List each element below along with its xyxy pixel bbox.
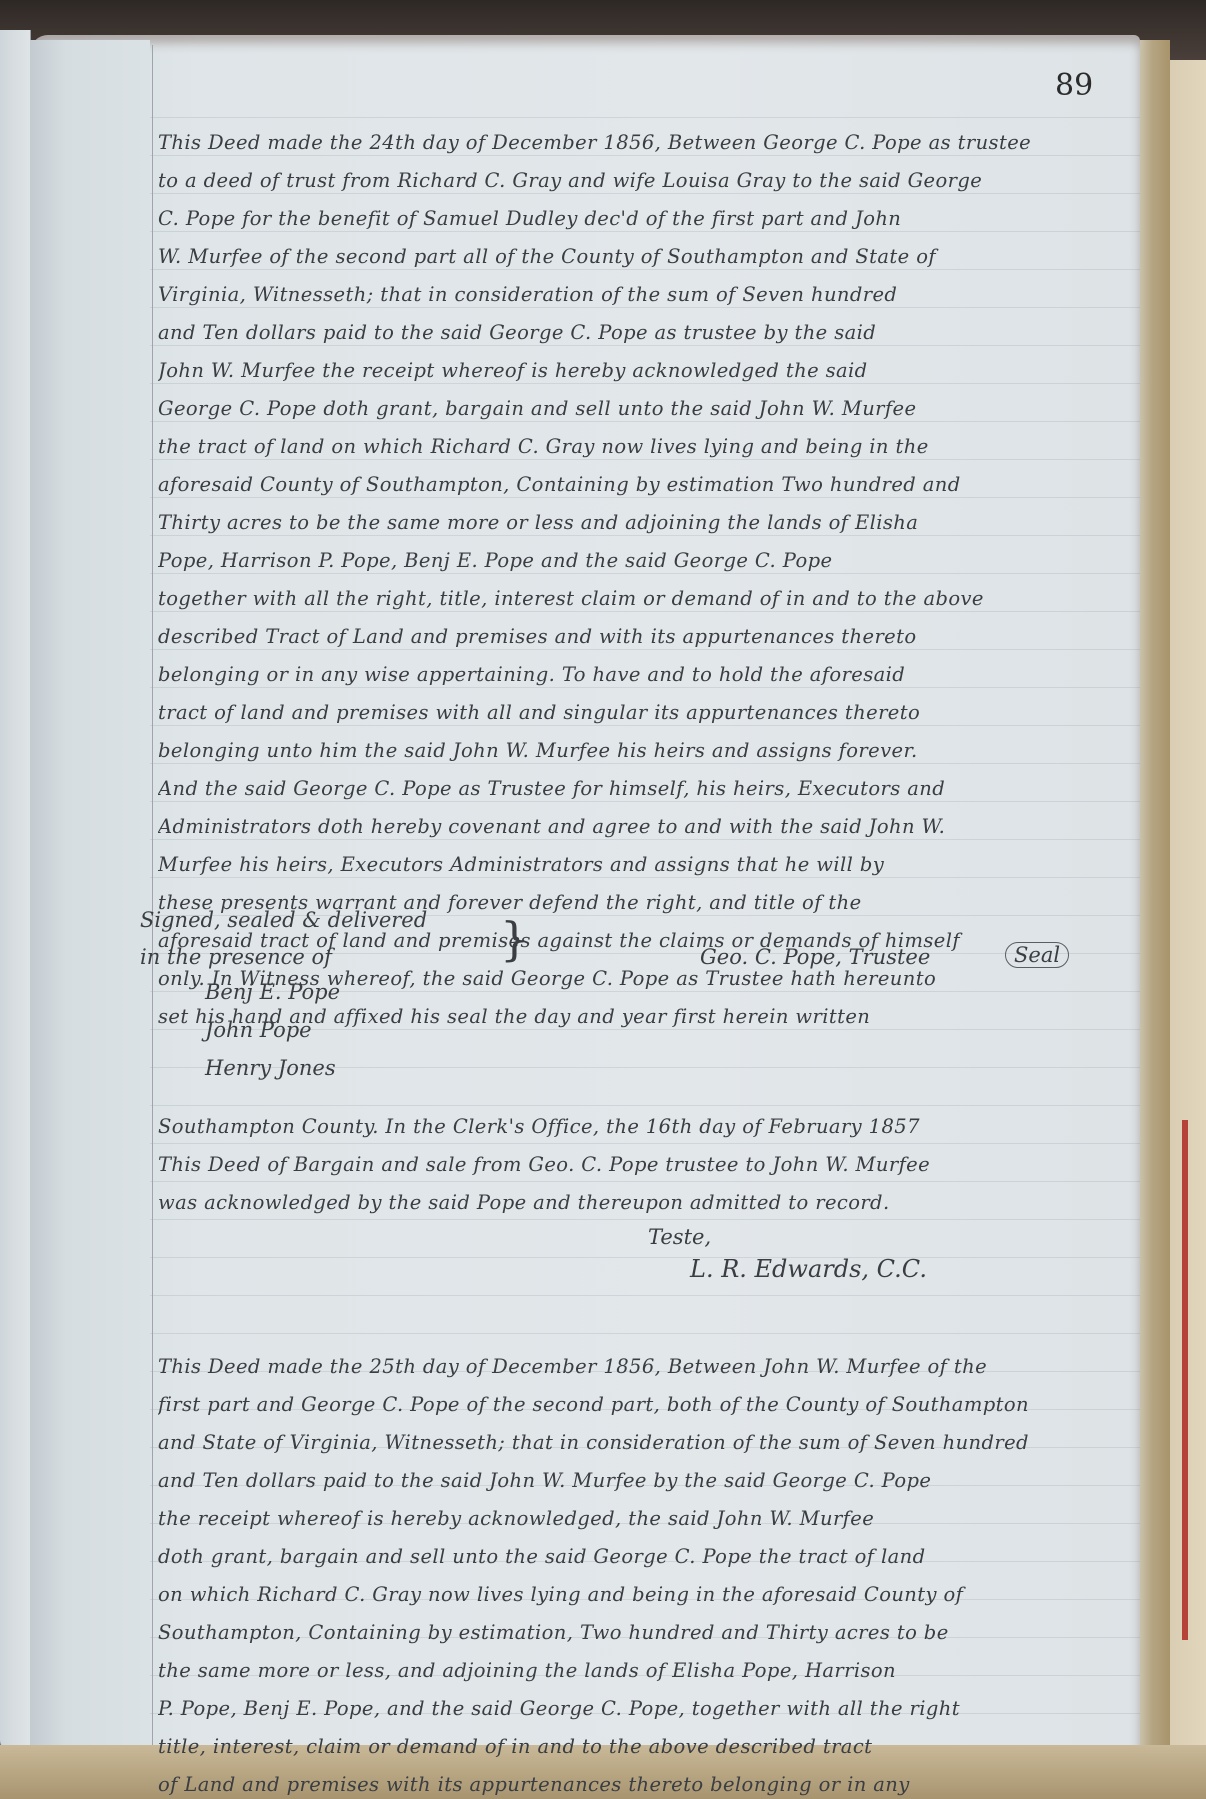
deed-line: aforesaid County of Southampton, Contain…: [158, 466, 1148, 504]
deed-line: belonging or in any wise appertaining. T…: [158, 656, 1148, 694]
presence-label: in the presence of: [140, 945, 332, 969]
deed-line: described Tract of Land and premises and…: [158, 618, 1148, 656]
deed-line: Thirty acres to be the same more or less…: [158, 504, 1148, 542]
red-binding-strip: [1182, 1120, 1188, 1640]
deed-line: the tract of land on which Richard C. Gr…: [158, 428, 1148, 466]
deed-line: of Land and premises with its appurtenan…: [158, 1766, 1148, 1799]
deed-line: the same more or less, and adjoining the…: [158, 1652, 1148, 1690]
trustee-signature: Geo. C. Pope, Trustee: [700, 945, 930, 969]
deed-line: Virginia, Witnesseth; that in considerat…: [158, 276, 1148, 314]
deed-line: P. Pope, Benj E. Pope, and the said Geor…: [158, 1690, 1148, 1728]
witness-name: Benj E. Pope: [205, 980, 340, 1004]
brace-icon: }: [500, 912, 529, 966]
deed-line: tract of land and premises with all and …: [158, 694, 1148, 732]
deed-1-body: This Deed made the 24th day of December …: [158, 124, 1148, 1036]
deed-line: And the said George C. Pope as Trustee f…: [158, 770, 1148, 808]
deed-line: first part and George C. Pope of the sec…: [158, 1386, 1148, 1424]
deed-line: Murfee his heirs, Executors Administrato…: [158, 846, 1148, 884]
margin-rule: [152, 45, 153, 1745]
deed-line: together with all the right, title, inte…: [158, 580, 1148, 618]
book-cover-edge: [1170, 60, 1206, 1750]
deed-line: title, interest, claim or demand of in a…: [158, 1728, 1148, 1766]
deed-line: This Deed made the 25th day of December …: [158, 1348, 1148, 1386]
deed-line: doth grant, bargain and sell unto the sa…: [158, 1538, 1148, 1576]
certificate-line: Southampton County. In the Clerk's Offic…: [158, 1108, 1148, 1146]
clerk-signature: L. R. Edwards, C.C.: [690, 1255, 927, 1283]
teste-label: Teste,: [648, 1225, 711, 1249]
deed-2-body: This Deed made the 25th day of December …: [158, 1348, 1148, 1799]
deed-line: and Ten dollars paid to the said George …: [158, 314, 1148, 352]
certificate-line: This Deed of Bargain and sale from Geo. …: [158, 1146, 1148, 1184]
deed-line: belonging unto him the said John W. Murf…: [158, 732, 1148, 770]
page-gutter: [30, 40, 150, 1750]
witness-name: John Pope: [205, 1018, 312, 1042]
witness-name: Henry Jones: [205, 1056, 336, 1080]
deed-line: Pope, Harrison P. Pope, Benj E. Pope and…: [158, 542, 1148, 580]
deed-line: George C. Pope doth grant, bargain and s…: [158, 390, 1148, 428]
deed-line: Administrators doth hereby covenant and …: [158, 808, 1148, 846]
deed-line: to a deed of trust from Richard C. Gray …: [158, 162, 1148, 200]
deed-line: C. Pope for the benefit of Samuel Dudley…: [158, 200, 1148, 238]
deed-line: on which Richard C. Gray now lives lying…: [158, 1576, 1148, 1614]
clerk-certificate: Southampton County. In the Clerk's Offic…: [158, 1108, 1148, 1222]
page-number: 89: [1055, 68, 1093, 103]
deed-line: This Deed made the 24th day of December …: [158, 124, 1148, 162]
deed-line: Southampton, Containing by estimation, T…: [158, 1614, 1148, 1652]
facing-page-edge: [0, 30, 31, 1750]
seal-mark: Seal: [1005, 942, 1069, 968]
certificate-line: was acknowledged by the said Pope and th…: [158, 1184, 1148, 1222]
deed-line: John W. Murfee the receipt whereof is he…: [158, 352, 1148, 390]
deed-line: the receipt whereof is hereby acknowledg…: [158, 1500, 1148, 1538]
deed-line: W. Murfee of the second part all of the …: [158, 238, 1148, 276]
signed-sealed-label: Signed, sealed & delivered: [140, 908, 427, 932]
deed-line: and Ten dollars paid to the said John W.…: [158, 1462, 1148, 1500]
deed-line: and State of Virginia, Witnesseth; that …: [158, 1424, 1148, 1462]
